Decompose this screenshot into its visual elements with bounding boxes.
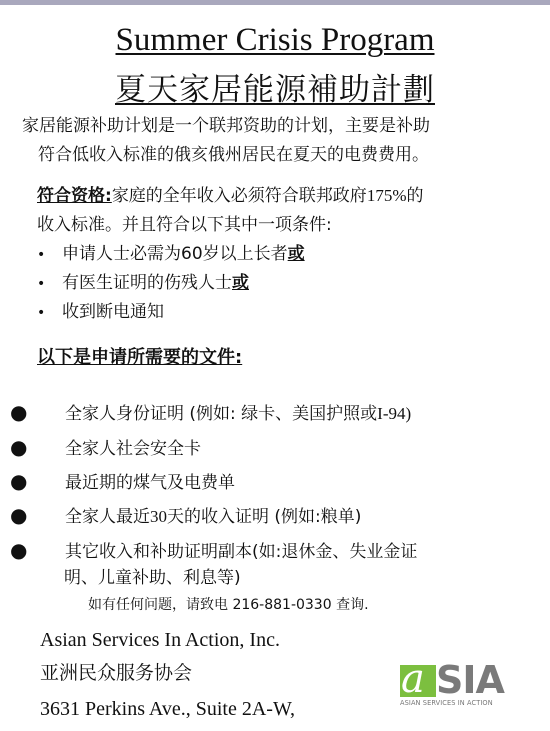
- bullet-icon: ●: [10, 400, 65, 424]
- bullet-icon: •: [37, 272, 62, 296]
- document-item-continuation: 明、儿童补助、利息等): [64, 566, 241, 590]
- top-bar: [0, 0, 550, 5]
- bullet-icon: ●: [10, 538, 65, 562]
- intro-line-2: 符合低收入标准的俄亥俄州居民在夏天的电费费用。: [38, 143, 429, 167]
- document-item: ●其它收入和补助证明副本(如:退休金、失业金证: [10, 538, 417, 564]
- bullet-icon: ●: [10, 469, 65, 493]
- bullet-icon: ●: [10, 435, 65, 459]
- condition-item: •收到断电通知: [37, 300, 164, 325]
- title-chinese: 夏天家居能源補助計劃: [0, 70, 550, 110]
- bullet-icon: •: [37, 243, 62, 267]
- document-item: ●全家人社会安全卡: [10, 435, 201, 461]
- condition-item: •申请人士必需为60岁以上长者或: [37, 242, 305, 267]
- bullet-icon: ●: [10, 503, 65, 527]
- document-item: ●全家人身份证明 (例如: 绿卡、美国护照或I-94): [10, 400, 411, 426]
- organization-name-english: Asian Services In Action, Inc.: [40, 628, 280, 652]
- document-item: ●全家人最近30天的收入证明 (例如:粮单): [10, 503, 361, 529]
- asia-logo: a SIA ASIAN SERVICES IN ACTION: [400, 665, 512, 709]
- eligibility-line-2: 收入标准。并且符合以下其中一项条件:: [37, 213, 332, 237]
- intro-line-1: 家居能源补助计划是一个联邦资助的计划，主要是补助: [22, 114, 430, 138]
- organization-name-chinese: 亚洲民众服务协会: [40, 660, 192, 686]
- eligibility-line-1: 符合资格:家庭的全年收入必须符合联邦政府175%的: [37, 184, 423, 208]
- contact-line: 如有任何问题，请致电 216-881-0330 查询.: [88, 595, 369, 615]
- title-english: Summer Crisis Program: [0, 20, 550, 60]
- document-item: ●最近期的煤气及电费单: [10, 469, 235, 495]
- logo-tagline: ASIAN SERVICES IN ACTION: [400, 699, 493, 707]
- documents-heading: 以下是申请所需要的文件:: [37, 345, 242, 371]
- logo-a-icon: a: [401, 659, 425, 699]
- organization-address: 3631 Perkins Ave., Suite 2A-W,: [40, 697, 295, 721]
- eligibility-label: 符合资格:: [37, 186, 112, 206]
- bullet-icon: •: [37, 301, 62, 325]
- logo-letters: SIA: [436, 660, 504, 700]
- condition-item: •有医生证明的伤残人士或: [37, 271, 249, 296]
